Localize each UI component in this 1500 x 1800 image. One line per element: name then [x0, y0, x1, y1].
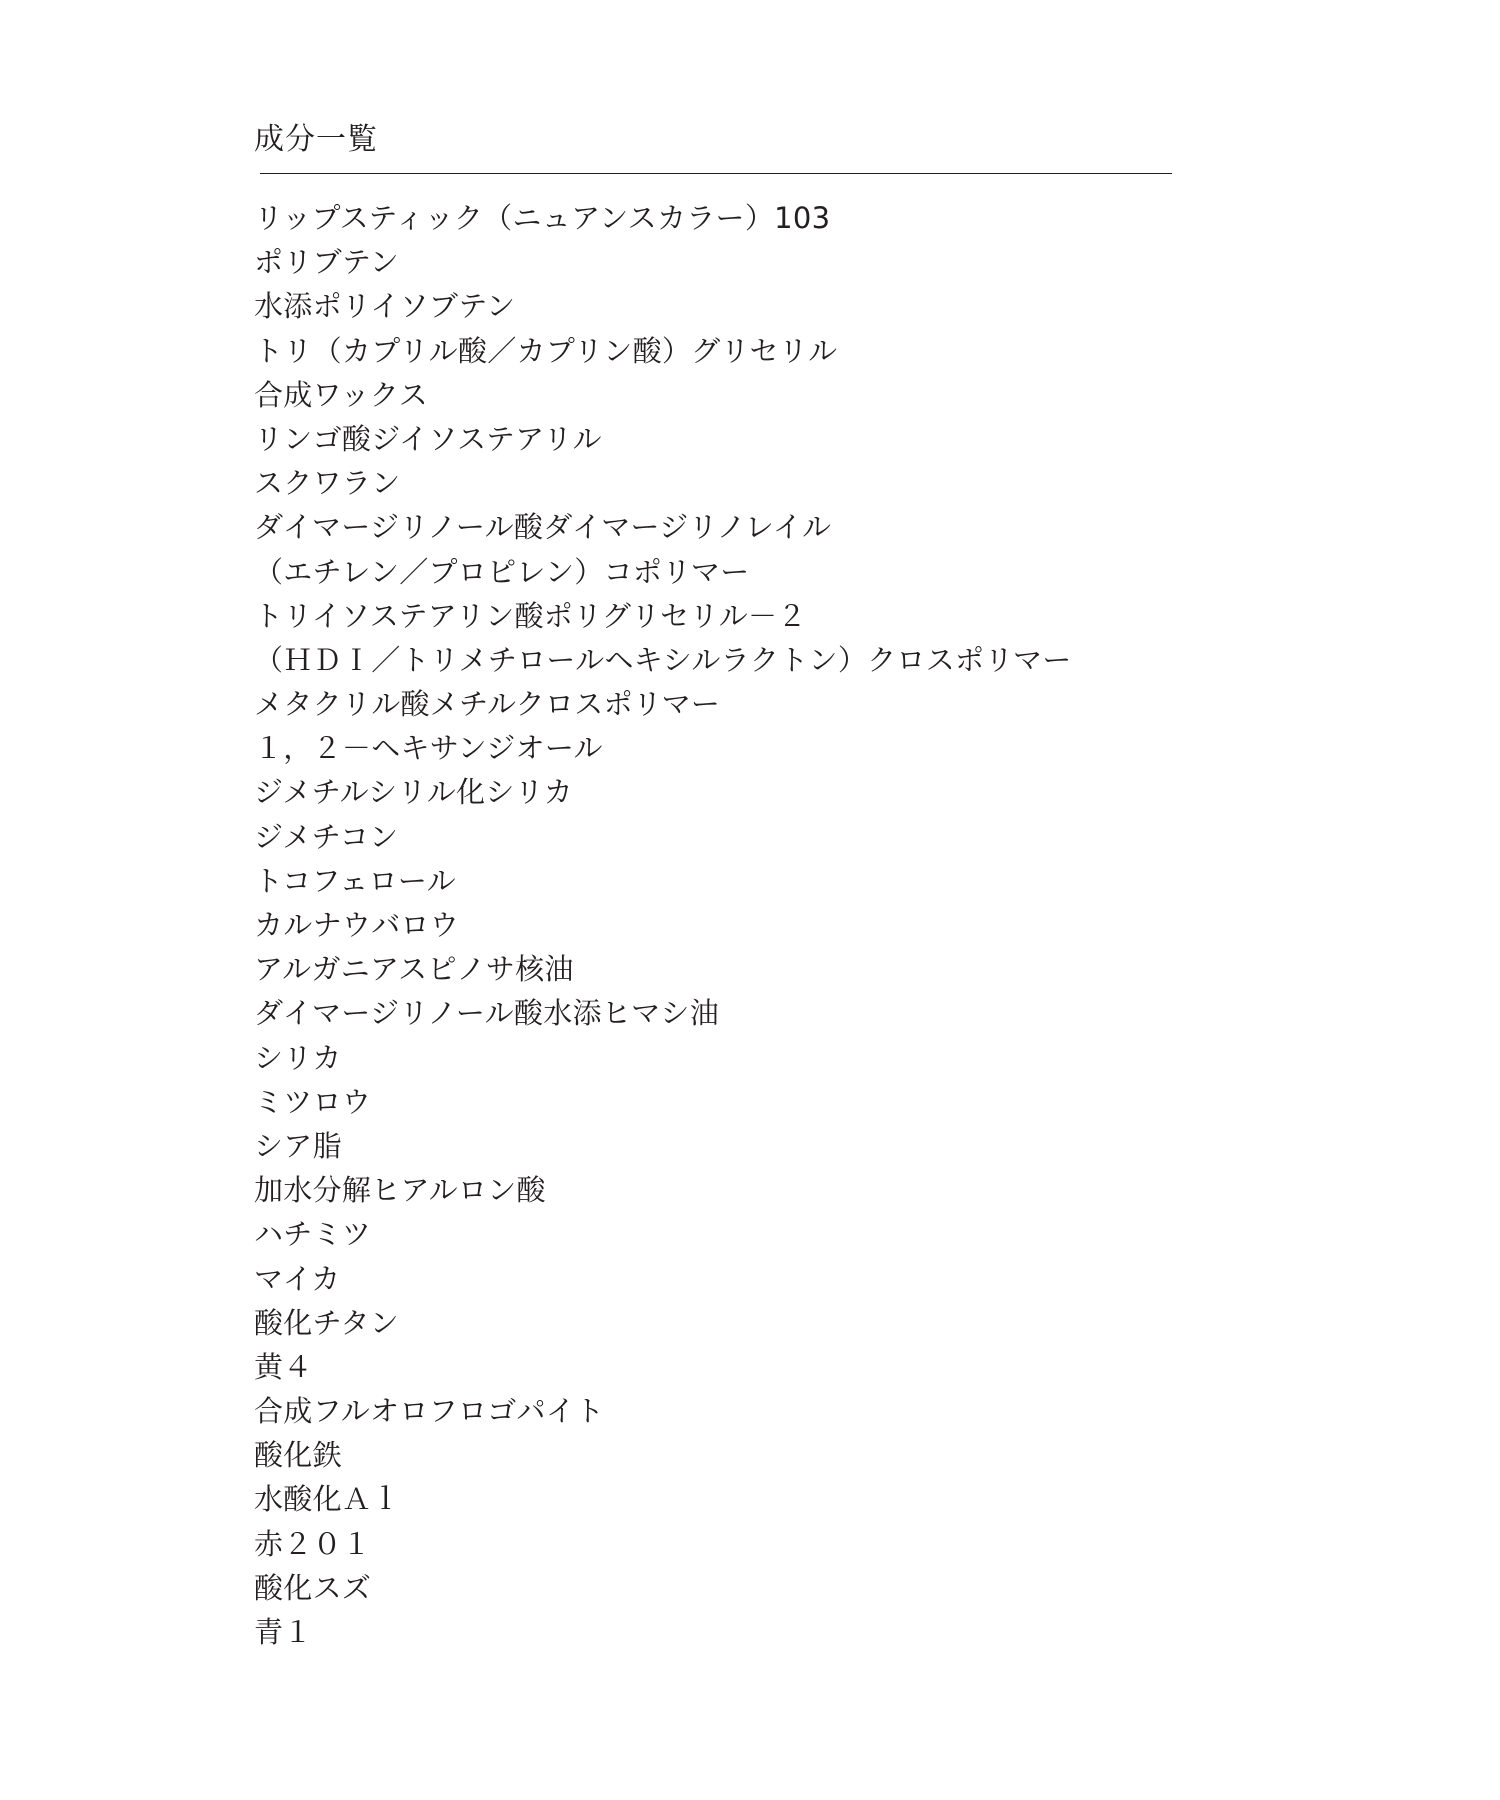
list-item: 黄４ — [254, 1345, 1072, 1389]
list-item: １，２－ヘキサンジオール — [254, 726, 1072, 770]
list-item: メタクリル酸メチルクロスポリマー — [254, 682, 1072, 726]
list-item: 酸化鉄 — [254, 1433, 1072, 1477]
list-item: 酸化スズ — [254, 1566, 1072, 1610]
title-divider — [260, 173, 1172, 174]
list-item: シリカ — [254, 1036, 1072, 1080]
list-item: ダイマージリノール酸水添ヒマシ油 — [254, 991, 1072, 1035]
list-item: ジメチルシリル化シリカ — [254, 770, 1072, 814]
list-item: スクワラン — [254, 461, 1072, 505]
list-item: リンゴ酸ジイソステアリル — [254, 417, 1072, 461]
list-item: トリ（カプリル酸／カプリン酸）グリセリル — [254, 329, 1072, 373]
list-item: ダイマージリノール酸ダイマージリノレイル — [254, 505, 1072, 549]
list-item: カルナウバロウ — [254, 903, 1072, 947]
list-item: ミツロウ — [254, 1080, 1072, 1124]
list-item: 青１ — [254, 1610, 1072, 1654]
list-item: 合成ワックス — [254, 373, 1072, 417]
list-item: 水酸化Ａｌ — [254, 1477, 1072, 1521]
list-item: マイカ — [254, 1257, 1072, 1301]
list-item: アルガニアスピノサ核油 — [254, 947, 1072, 991]
list-item: （エチレン／プロピレン）コポリマー — [254, 550, 1072, 594]
list-item: 加水分解ヒアルロン酸 — [254, 1168, 1072, 1212]
list-item: シア脂 — [254, 1124, 1072, 1168]
list-item: ポリブテン — [254, 240, 1072, 284]
page-title: 成分一覧 — [254, 120, 378, 160]
list-item: （ＨＤＩ／トリメチロールヘキシルラクトン）クロスポリマー — [254, 638, 1072, 682]
list-item: ジメチコン — [254, 815, 1072, 859]
list-item: ハチミツ — [254, 1212, 1072, 1256]
list-item: 酸化チタン — [254, 1301, 1072, 1345]
list-item: 赤２０１ — [254, 1522, 1072, 1566]
list-item: トリイソステアリン酸ポリグリセリル－２ — [254, 594, 1072, 638]
list-item: 合成フルオロフロゴパイト — [254, 1389, 1072, 1433]
list-item: 水添ポリイソブテン — [254, 284, 1072, 328]
ingredient-list: リップスティック（ニュアンスカラー）103 ポリブテン 水添ポリイソブテン トリ… — [254, 196, 1072, 1654]
list-item: トコフェロール — [254, 859, 1072, 903]
product-name: リップスティック（ニュアンスカラー）103 — [254, 196, 1072, 240]
